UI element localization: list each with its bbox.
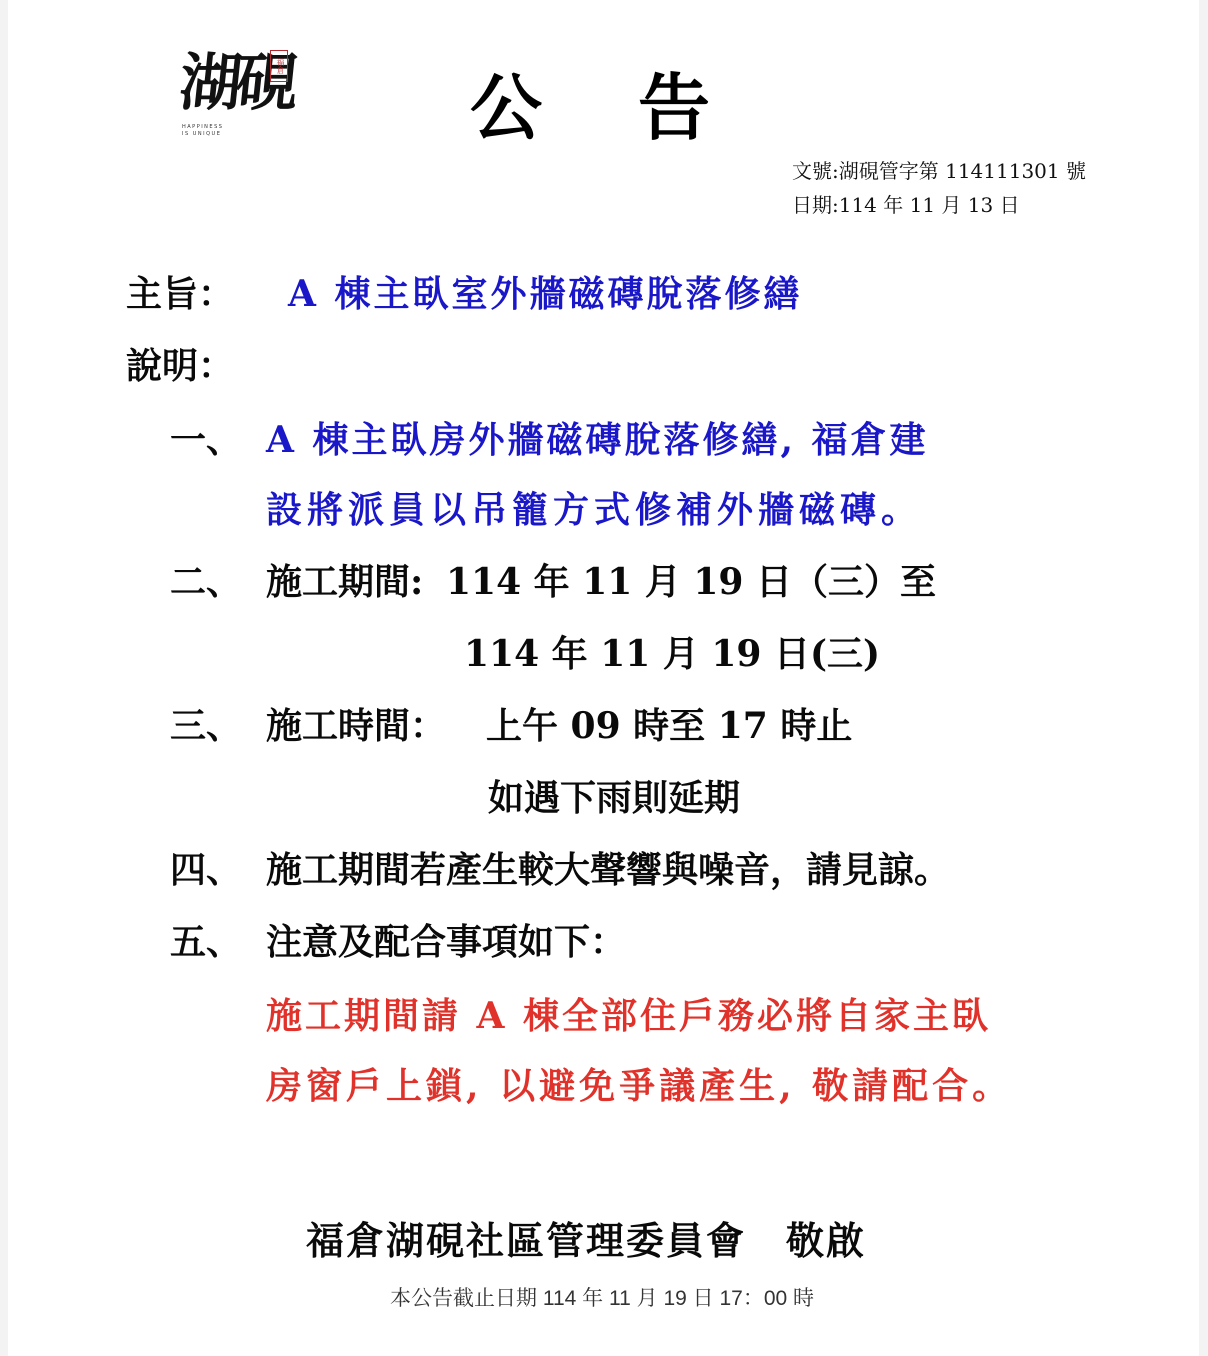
community-logo: 湖硯 福倉 HAPPINESS IS UNIQUE [178,42,338,146]
page-edge-right [1199,0,1208,1356]
item-2-end-date: 114 年 11 月 19 日(三) [464,636,880,672]
item-2-label: 施工期間: [266,564,423,600]
item-2-marker: 二、 [170,564,242,600]
item-1-line-1: A 棟主臥房外牆磁磚脫落修繕, 福倉建 [266,422,929,458]
logo-seal-stamp: 福倉 [270,50,288,82]
item-5-text: 注意及配合事項如下： [266,924,626,960]
item-3-marker: 三、 [170,708,242,744]
item-3-rain-note: 如遇下雨則延期 [488,780,740,816]
explanation-label: 說明： [126,348,234,384]
document-date: 日期:114 年 11 月 13 日 [792,188,1086,222]
logo-tagline-line-2: IS UNIQUE [182,131,223,138]
notice-title: 公告 [470,72,806,144]
logo-tagline: HAPPINESS IS UNIQUE [182,124,223,138]
item-5-notice-line-1: 施工期間請 A 棟全部住戶務必將自家主臥 [266,998,991,1034]
deadline-footnote: 本公告截止日期 114 年 11 月 19 日 17：00 時 [390,1282,814,1312]
logo-tagline-line-1: HAPPINESS [182,124,223,131]
item-5-notice-line-2: 房窗戶上鎖, 以避免爭議產生, 敬請配合。 [266,1068,1012,1104]
item-2-start-date: 114 年 11 月 19 日（三）至 [446,564,936,600]
subject-label: 主旨： [126,276,234,312]
subject-value: A 棟主臥室外牆磁磚脫落修繕 [288,276,802,312]
document-reference: 文號:湖硯管字第 114111301 號 日期:114 年 11 月 13 日 [792,154,1086,222]
item-4-text: 施工期間若產生較大聲響與噪音，請見諒。 [266,852,950,888]
item-5-marker: 五、 [170,924,242,960]
item-1-marker: 一、 [170,422,242,458]
item-1-line-2: 設將派員以吊籠方式修補外牆磁磚。 [266,492,922,528]
item-3-label: 施工時間： [266,708,446,744]
page-edge-left [0,0,8,1356]
item-4-marker: 四、 [170,852,242,888]
document-number: 文號:湖硯管字第 114111301 號 [792,154,1086,188]
committee-signature: 福倉湖硯社區管理委員會 敬啟 [306,1210,866,1265]
item-3-hours: 上午 09 時至 17 時止 [486,708,852,744]
